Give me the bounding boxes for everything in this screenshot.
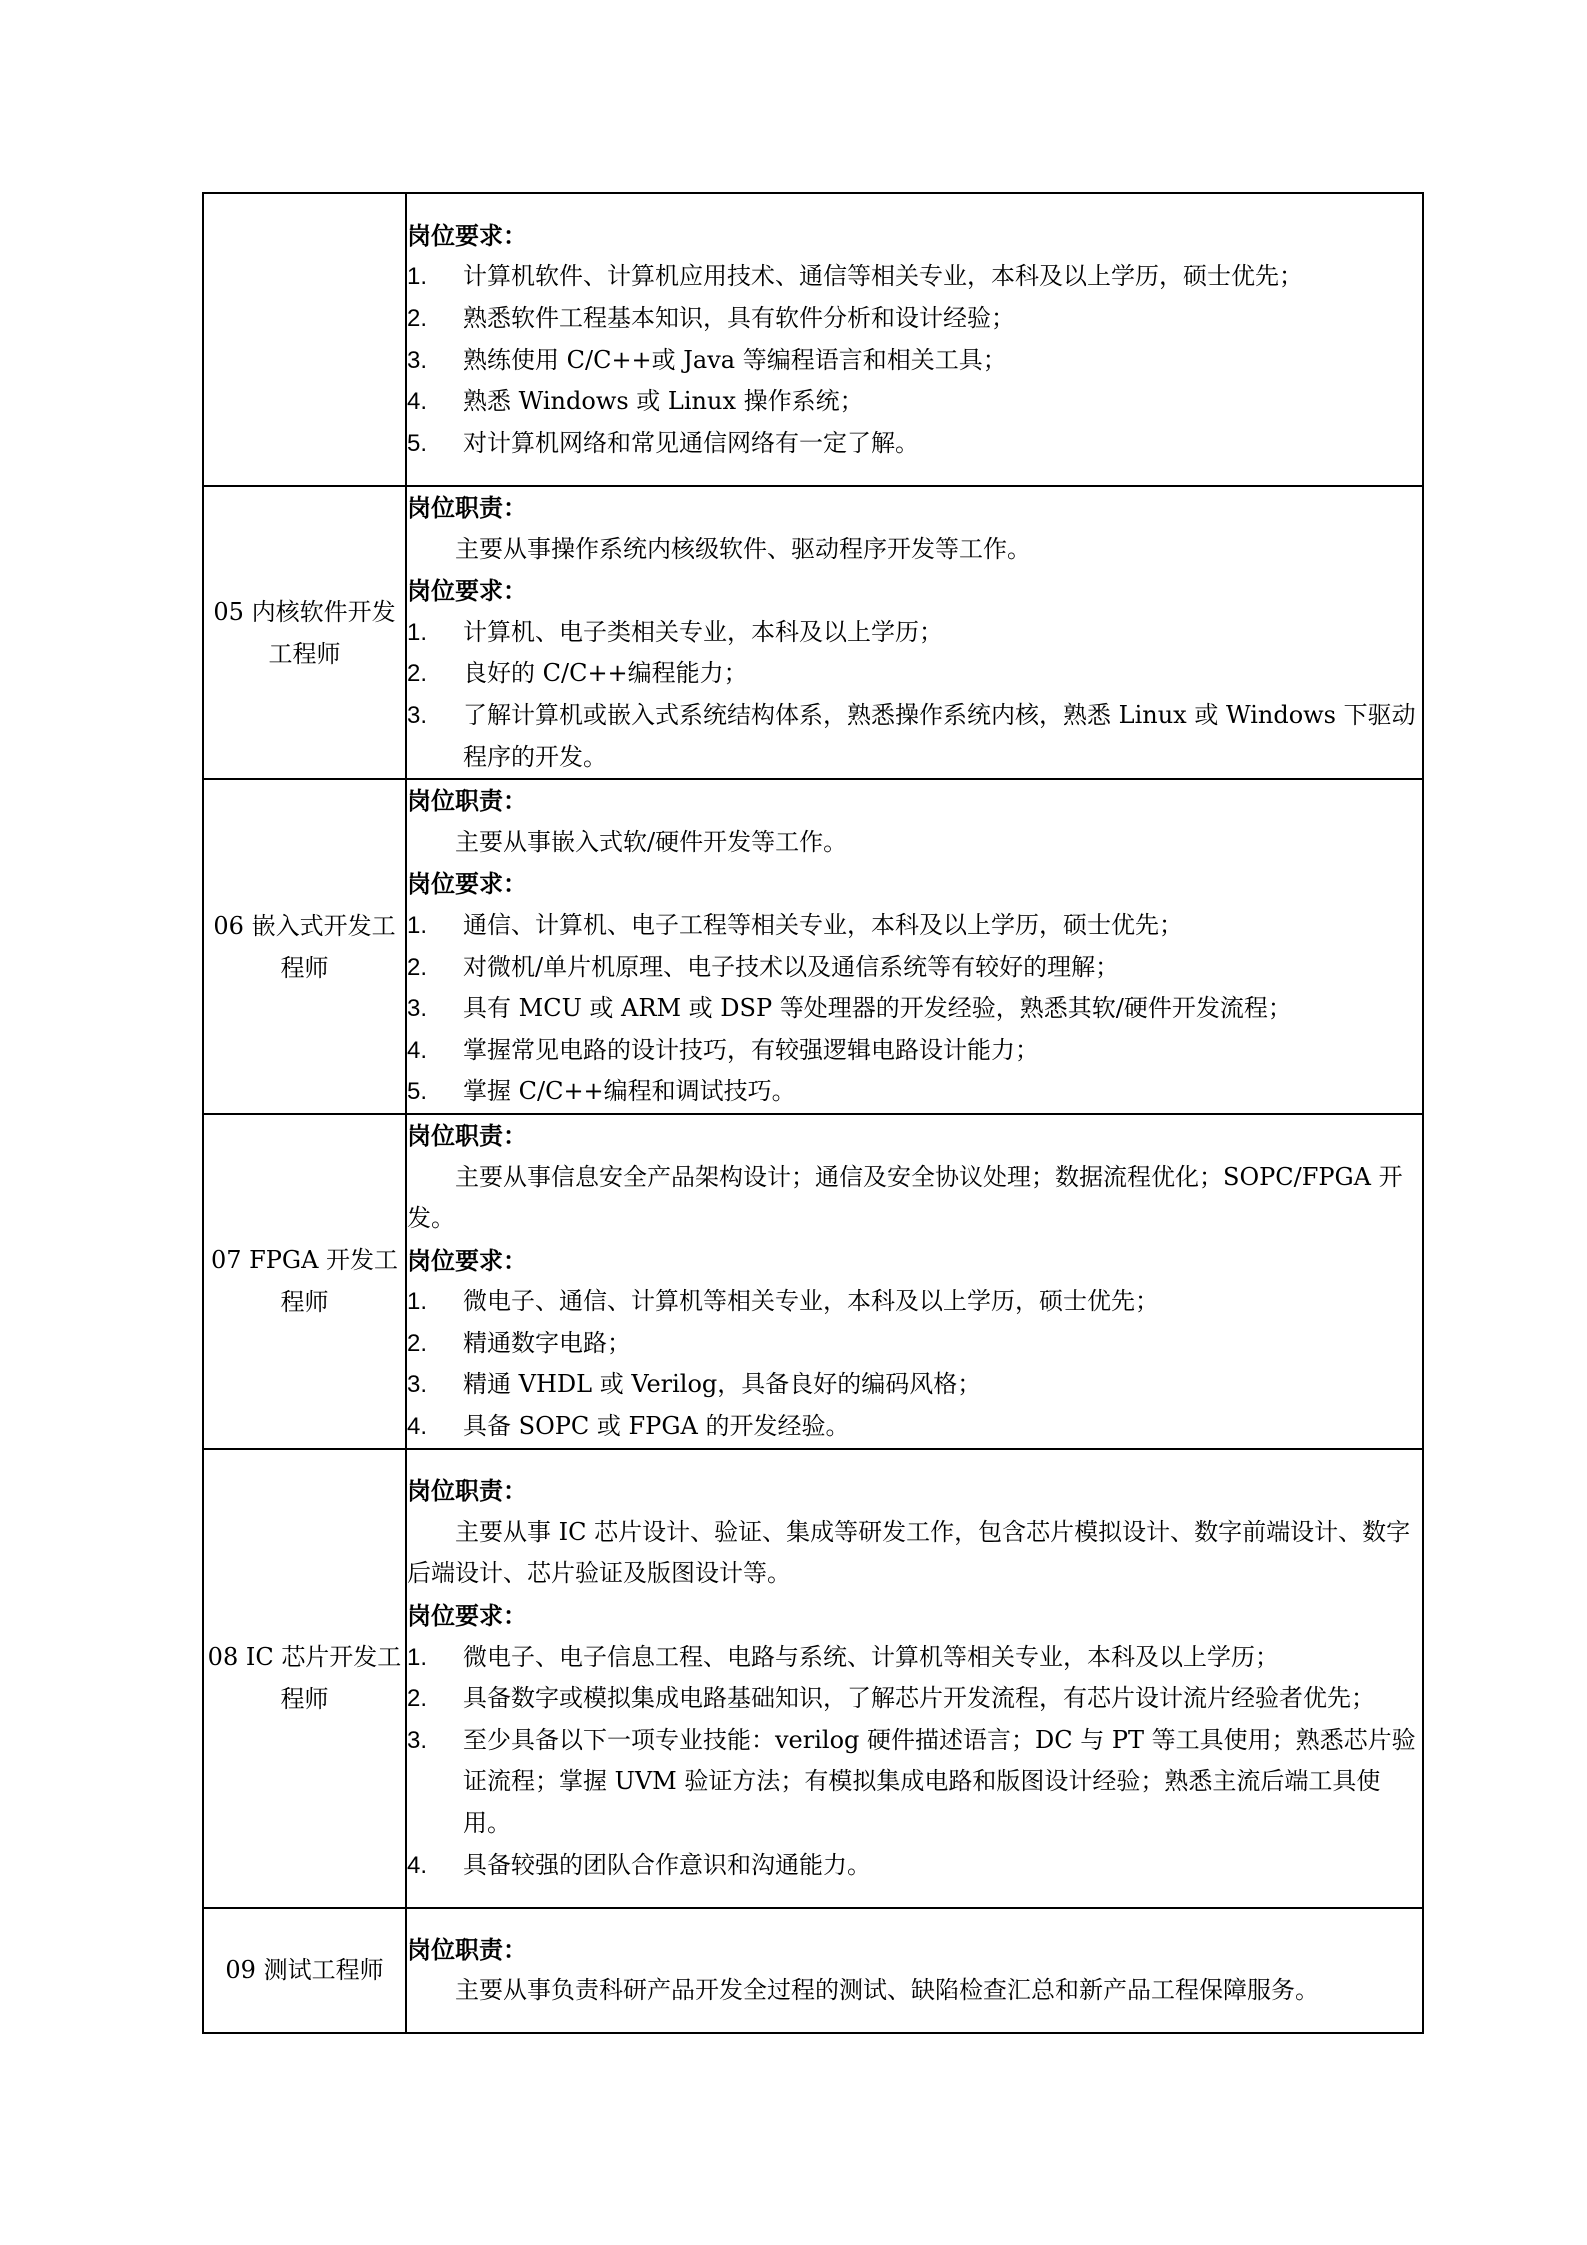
- duties-text: 主要从事 IC 芯片设计、验证、集成等研发工作，包含芯片模拟设计、数字前端设计、…: [407, 1512, 1422, 1595]
- description-cell: 岗位职责： 主要从事负责科研产品开发全过程的测试、缺陷检查汇总和新产品工程保障服…: [406, 1908, 1423, 2033]
- duties-heading: 岗位职责：: [407, 487, 1422, 529]
- position-cell: 08 IC 芯片开发工程师: [203, 1449, 406, 1908]
- description-cell: 岗位职责： 主要从事操作系统内核级软件、驱动程序开发等工作。 岗位要求： 1.计…: [406, 486, 1423, 779]
- list-item: 5.掌握 C/C++编程和调试技巧。: [407, 1071, 1422, 1113]
- duties-text: 主要从事负责科研产品开发全过程的测试、缺陷检查汇总和新产品工程保障服务。: [407, 1970, 1422, 2012]
- list-item: 3.了解计算机或嵌入式系统结构体系，熟悉操作系统内核，熟悉 Linux 或 Wi…: [407, 695, 1422, 778]
- requirements-heading: 岗位要求：: [407, 215, 1422, 257]
- list-item: 1.计算机软件、计算机应用技术、通信等相关专业，本科及以上学历，硕士优先；: [407, 256, 1422, 298]
- description-cell: 岗位职责： 主要从事嵌入式软/硬件开发等工作。 岗位要求： 1.通信、计算机、电…: [406, 779, 1423, 1114]
- list-item: 1.通信、计算机、电子工程等相关专业，本科及以上学历，硕士优先；: [407, 905, 1422, 947]
- requirements-heading: 岗位要求：: [407, 1595, 1422, 1637]
- requirements-list: 1.微电子、通信、计算机等相关专业，本科及以上学历，硕士优先； 2.精通数字电路…: [407, 1281, 1422, 1447]
- document-page: 岗位要求： 1.计算机软件、计算机应用技术、通信等相关专业，本科及以上学历，硕士…: [0, 0, 1587, 2245]
- table-row: 08 IC 芯片开发工程师 岗位职责： 主要从事 IC 芯片设计、验证、集成等研…: [203, 1449, 1423, 1908]
- description-cell: 岗位职责： 主要从事 IC 芯片设计、验证、集成等研发工作，包含芯片模拟设计、数…: [406, 1449, 1423, 1908]
- position-cell: 06 嵌入式开发工程师: [203, 779, 406, 1114]
- position-cell: 09 测试工程师: [203, 1908, 406, 2033]
- duties-heading: 岗位职责：: [407, 1470, 1422, 1512]
- description-cell: 岗位职责： 主要从事信息安全产品架构设计；通信及安全协议处理；数据流程优化；SO…: [406, 1114, 1423, 1449]
- list-item: 4.掌握常见电路的设计技巧，有较强逻辑电路设计能力；: [407, 1030, 1422, 1072]
- description-cell: 岗位要求： 1.计算机软件、计算机应用技术、通信等相关专业，本科及以上学历，硕士…: [406, 193, 1423, 486]
- list-item: 3.至少具备以下一项专业技能：verilog 硬件描述语言；DC 与 PT 等工…: [407, 1720, 1422, 1845]
- requirements-heading: 岗位要求：: [407, 570, 1422, 612]
- list-item: 3.具有 MCU 或 ARM 或 DSP 等处理器的开发经验，熟悉其软/硬件开发…: [407, 988, 1422, 1030]
- requirements-list: 1.计算机软件、计算机应用技术、通信等相关专业，本科及以上学历，硕士优先； 2.…: [407, 256, 1422, 464]
- list-item: 1.微电子、通信、计算机等相关专业，本科及以上学历，硕士优先；: [407, 1281, 1422, 1323]
- list-item: 2.熟悉软件工程基本知识，具有软件分析和设计经验；: [407, 298, 1422, 340]
- position-cell: 07 FPGA 开发工程师: [203, 1114, 406, 1449]
- duties-heading: 岗位职责：: [407, 780, 1422, 822]
- list-item: 4.具备 SOPC 或 FPGA 的开发经验。: [407, 1406, 1422, 1448]
- list-item: 1.微电子、电子信息工程、电路与系统、计算机等相关专业，本科及以上学历；: [407, 1637, 1422, 1679]
- duties-text: 主要从事操作系统内核级软件、驱动程序开发等工作。: [407, 529, 1422, 571]
- table-row: 岗位要求： 1.计算机软件、计算机应用技术、通信等相关专业，本科及以上学历，硕士…: [203, 193, 1423, 486]
- duties-text: 主要从事信息安全产品架构设计；通信及安全协议处理；数据流程优化；SOPC/FPG…: [407, 1157, 1422, 1240]
- requirements-list: 1.微电子、电子信息工程、电路与系统、计算机等相关专业，本科及以上学历； 2.具…: [407, 1637, 1422, 1887]
- list-item: 2.具备数字或模拟集成电路基础知识，了解芯片开发流程，有芯片设计流片经验者优先；: [407, 1678, 1422, 1720]
- requirements-list: 1.计算机、电子类相关专业，本科及以上学历； 2.良好的 C/C++编程能力； …: [407, 612, 1422, 778]
- table-row: 09 测试工程师 岗位职责： 主要从事负责科研产品开发全过程的测试、缺陷检查汇总…: [203, 1908, 1423, 2033]
- list-item: 3.精通 VHDL 或 Verilog，具备良好的编码风格；: [407, 1364, 1422, 1406]
- duties-text: 主要从事嵌入式软/硬件开发等工作。: [407, 822, 1422, 864]
- duties-heading: 岗位职责：: [407, 1929, 1422, 1971]
- duties-heading: 岗位职责：: [407, 1115, 1422, 1157]
- list-item: 2.对微机/单片机原理、电子技术以及通信系统等有较好的理解；: [407, 947, 1422, 989]
- list-item: 5.对计算机网络和常见通信网络有一定了解。: [407, 423, 1422, 465]
- requirements-list: 1.通信、计算机、电子工程等相关专业，本科及以上学历，硕士优先； 2.对微机/单…: [407, 905, 1422, 1113]
- table-row: 06 嵌入式开发工程师 岗位职责： 主要从事嵌入式软/硬件开发等工作。 岗位要求…: [203, 779, 1423, 1114]
- position-cell: 05 内核软件开发工程师: [203, 486, 406, 779]
- table-row: 05 内核软件开发工程师 岗位职责： 主要从事操作系统内核级软件、驱动程序开发等…: [203, 486, 1423, 779]
- job-positions-table: 岗位要求： 1.计算机软件、计算机应用技术、通信等相关专业，本科及以上学历，硕士…: [202, 192, 1424, 2034]
- list-item: 3.熟练使用 C/C++或 Java 等编程语言和相关工具；: [407, 340, 1422, 382]
- table-row: 07 FPGA 开发工程师 岗位职责： 主要从事信息安全产品架构设计；通信及安全…: [203, 1114, 1423, 1449]
- list-item: 1.计算机、电子类相关专业，本科及以上学历；: [407, 612, 1422, 654]
- position-cell: [203, 193, 406, 486]
- list-item: 4.具备较强的团队合作意识和沟通能力。: [407, 1845, 1422, 1887]
- list-item: 2.良好的 C/C++编程能力；: [407, 653, 1422, 695]
- requirements-heading: 岗位要求：: [407, 863, 1422, 905]
- requirements-heading: 岗位要求：: [407, 1240, 1422, 1282]
- list-item: 2.精通数字电路；: [407, 1323, 1422, 1365]
- list-item: 4.熟悉 Windows 或 Linux 操作系统；: [407, 381, 1422, 423]
